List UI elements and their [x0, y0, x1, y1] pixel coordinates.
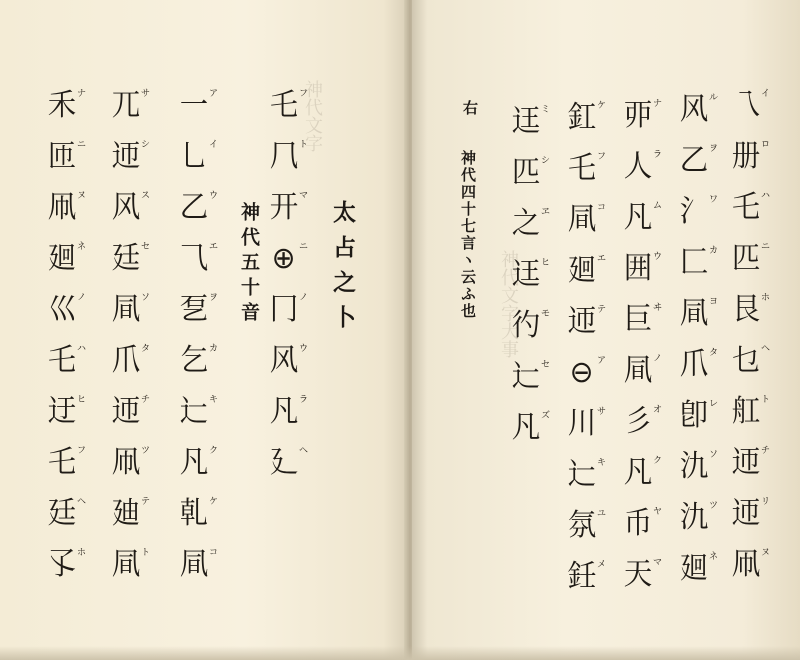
kana-reading: ヌ — [761, 545, 770, 558]
kana-reading: カ — [209, 341, 218, 354]
jindai-glyph: 币 — [624, 509, 653, 539]
jindai-glyph: 凬 — [180, 550, 209, 580]
glyph-cell: 乚イ — [172, 131, 216, 182]
kana-reading: セ — [541, 357, 550, 370]
glyph-cell: 乞カ — [172, 335, 216, 386]
jindai-glyph: 之 — [512, 209, 541, 239]
page-title: 太占之卜 — [326, 200, 359, 340]
jindai-glyph: 人 — [624, 152, 653, 182]
glyph-column-2: 风ル乙ヲ氵ワ匚カ凬ヨ爪タ卽レ氿ソ氿ツ廻ネ — [672, 84, 716, 594]
right-page: 神代文字大事 乁イ册ロ乇ハ匹ニ艮ホ乜ヘ舡ト迊チ迊リ凧ヌ 风ル乙ヲ氵ワ匚カ凬ヨ爪タ… — [412, 0, 800, 660]
page-bottom-edge — [0, 646, 800, 660]
glyph-cell: 𠘨ト — [262, 131, 306, 182]
glyph-cell: 乇ハ — [724, 182, 768, 233]
kana-reading: テ — [597, 302, 606, 315]
kana-reading: ツ — [709, 498, 718, 511]
jindai-glyph: 卽 — [680, 401, 709, 431]
kana-reading: ラ — [653, 147, 662, 160]
glyph-cell: 凧ヌ — [724, 539, 768, 590]
kana-reading: ヘ — [299, 443, 308, 456]
kana-reading: ク — [209, 443, 218, 456]
jindai-glyph: ⊕ — [272, 244, 296, 274]
glyph-cell: 凡ラ — [262, 386, 306, 437]
glyph-cell: 辷セ — [504, 351, 548, 402]
book-spread: 神代文字 太占之卜 神代五十音 乇フ𠘨ト开マ⊕ニ冂ノ风ウ凡ラ廴ヘ 一ア乚イ乙ウ⺄… — [0, 0, 800, 660]
glyph-cell: 氛ユ — [560, 500, 604, 551]
kana-reading: ナ — [653, 96, 662, 109]
kana-reading: マ — [299, 188, 308, 201]
jindai-glyph: 乞 — [180, 346, 209, 376]
kana-reading: リ — [761, 494, 770, 507]
kana-reading: ツ — [141, 443, 150, 456]
jindai-glyph: 迊 — [568, 307, 597, 337]
kana-reading: シ — [141, 137, 150, 150]
glyph-cell: 凡ム — [616, 192, 660, 243]
glyph-cell: 丣ナ — [616, 90, 660, 141]
kana-reading: ネ — [709, 549, 718, 562]
jindai-glyph: 爪 — [112, 346, 141, 376]
glyph-cell: 廷ヘ — [40, 488, 84, 539]
glyph-cell: 风ル — [672, 84, 716, 135]
glyph-cell: 人ラ — [616, 141, 660, 192]
jindai-glyph: 兀 — [112, 91, 141, 121]
jindai-glyph: 辷 — [568, 460, 597, 490]
kana-reading: カ — [709, 243, 718, 256]
kana-reading: エ — [597, 251, 606, 264]
jindai-glyph: 凧 — [112, 448, 141, 478]
note-text: 神代四十七言ヽ云ふ也 — [458, 150, 479, 320]
glyph-cell: 凬ヨ — [672, 288, 716, 339]
jindai-glyph: 乇 — [568, 154, 597, 184]
glyph-cell: 爪タ — [672, 339, 716, 390]
glyph-cell: ⊕ニ — [262, 233, 306, 284]
kana-reading: ア — [597, 353, 606, 366]
kana-reading: サ — [141, 86, 150, 99]
jindai-glyph: 辷 — [180, 397, 209, 427]
jindai-glyph: 乇 — [270, 91, 299, 121]
jindai-glyph: 迊 — [112, 142, 141, 172]
glyph-cell: 迂ヒ — [40, 386, 84, 437]
glyph-cell: 氿ソ — [672, 441, 716, 492]
jindai-glyph: 孓 — [48, 550, 77, 580]
kana-reading: ル — [709, 90, 718, 103]
glyph-column-5: 迋ミ匹シ之ヱ迋ヒ彴モ辷セ凡ズ — [504, 96, 548, 453]
glyph-cell: 巨ヰ — [616, 294, 660, 345]
glyph-cell: 凧ツ — [104, 437, 148, 488]
jindai-glyph: 天 — [624, 560, 653, 590]
jindai-glyph: 彡 — [624, 407, 653, 437]
jindai-glyph: 迊 — [732, 499, 761, 529]
kana-reading: イ — [761, 86, 770, 99]
kana-reading: サ — [597, 404, 606, 417]
glyph-column-2: 一ア乚イ乙ウ⺄エ乭ヲ乞カ辷キ凡ク乹ケ凬コ — [172, 80, 216, 590]
glyph-cell: 一ア — [172, 80, 216, 131]
glyph-cell: 廻ネ — [40, 233, 84, 284]
glyph-cell: 凬コ — [560, 194, 604, 245]
glyph-column-4: 釭ケ乇フ凬コ廻エ迊テ⊖ア川サ辷キ氛ユ鈓メ — [560, 92, 604, 602]
jindai-glyph: 川 — [568, 409, 597, 439]
glyph-cell: 廷セ — [104, 233, 148, 284]
kana-reading: ヱ — [541, 204, 550, 217]
glyph-cell: 舡ト — [724, 386, 768, 437]
kana-reading: ウ — [653, 249, 662, 262]
kana-reading: ハ — [761, 188, 770, 201]
jindai-glyph: 乁 — [732, 91, 761, 121]
glyph-cell: 乜ヘ — [724, 335, 768, 386]
glyph-cell: 艮ホ — [724, 284, 768, 335]
jindai-glyph: 乭 — [180, 295, 209, 325]
jindai-glyph: 乇 — [48, 346, 77, 376]
glyph-cell: 迊チ — [724, 437, 768, 488]
kana-reading: ノ — [77, 290, 86, 303]
jindai-glyph: 爪 — [680, 350, 709, 380]
jindai-glyph: 一 — [180, 91, 209, 121]
jindai-glyph: 巛 — [48, 295, 77, 325]
jindai-glyph: ⺄ — [180, 244, 209, 274]
glyph-cell: 风ス — [104, 182, 148, 233]
jindai-glyph: 匹 — [732, 244, 761, 274]
jindai-glyph: 凡 — [180, 448, 209, 478]
glyph-cell: 孓ホ — [40, 539, 84, 590]
jindai-glyph: 凡 — [512, 413, 541, 443]
left-page: 神代文字 太占之卜 神代五十音 乇フ𠘨ト开マ⊕ニ冂ノ风ウ凡ラ廴ヘ 一ア乚イ乙ウ⺄… — [0, 0, 408, 660]
jindai-glyph: 乙 — [680, 146, 709, 176]
glyph-cell: 匹シ — [504, 147, 548, 198]
glyph-cell: 乇フ — [40, 437, 84, 488]
kana-reading: タ — [709, 345, 718, 358]
jindai-glyph: 氵 — [680, 197, 709, 227]
kana-reading: ヲ — [209, 290, 218, 303]
glyph-cell: 币ヤ — [616, 498, 660, 549]
jindai-glyph: 凬 — [112, 550, 141, 580]
kana-reading: コ — [597, 200, 606, 213]
jindai-glyph: 釭 — [568, 103, 597, 133]
jindai-glyph: 鈓 — [568, 562, 597, 592]
glyph-cell: 凡ク — [616, 447, 660, 498]
glyph-cell: 凬ノ — [616, 345, 660, 396]
jindai-glyph: 氿 — [680, 452, 709, 482]
glyph-column-4: 禾ナ匝ニ凧ヌ廻ネ巛ノ乇ハ迂ヒ乇フ廷ヘ孓ホ — [40, 80, 84, 590]
kana-reading: ホ — [761, 290, 770, 303]
glyph-cell: 凡ク — [172, 437, 216, 488]
glyph-cell: ⊖ア — [560, 347, 604, 398]
jindai-glyph: 禾 — [48, 91, 77, 121]
jindai-glyph: 匚 — [680, 248, 709, 278]
kana-reading: コ — [209, 545, 218, 558]
glyph-cell: 凡ズ — [504, 402, 548, 453]
kana-reading: ヰ — [653, 300, 662, 313]
jindai-glyph: 迋 — [512, 260, 541, 290]
jindai-glyph: 凬 — [112, 295, 141, 325]
glyph-cell: 川サ — [560, 398, 604, 449]
jindai-glyph: 凬 — [680, 299, 709, 329]
kana-reading: レ — [709, 396, 718, 409]
jindai-glyph: 丣 — [624, 101, 653, 131]
glyph-cell: 凬ト — [104, 539, 148, 590]
glyph-cell: 氵ワ — [672, 186, 716, 237]
kana-reading: ソ — [709, 447, 718, 460]
jindai-glyph: 风 — [112, 193, 141, 223]
jindai-glyph: 舡 — [732, 397, 761, 427]
jindai-glyph: 迂 — [48, 397, 77, 427]
kana-reading: ニ — [77, 137, 86, 150]
glyph-cell: 迊リ — [724, 488, 768, 539]
glyph-cell: 辷キ — [172, 386, 216, 437]
jindai-glyph: 氿 — [680, 503, 709, 533]
jindai-glyph: 迋 — [512, 107, 541, 137]
kana-reading: ナ — [77, 86, 86, 99]
glyph-cell: 釭ケ — [560, 92, 604, 143]
kana-reading: モ — [541, 306, 550, 319]
glyph-column-1: 乇フ𠘨ト开マ⊕ニ冂ノ风ウ凡ラ廴ヘ — [262, 80, 306, 488]
jindai-glyph: ⊖ — [570, 358, 594, 388]
kana-reading: チ — [761, 443, 770, 456]
glyph-cell: 彡オ — [616, 396, 660, 447]
kana-reading: ミ — [541, 102, 550, 115]
jindai-glyph: 凬 — [568, 205, 597, 235]
glyph-cell: 册ロ — [724, 131, 768, 182]
jindai-glyph: 迊 — [732, 448, 761, 478]
kana-reading: ヒ — [77, 392, 86, 405]
glyph-cell: 天マ — [616, 549, 660, 600]
glyph-cell: 风ウ — [262, 335, 306, 386]
kana-reading: ウ — [209, 188, 218, 201]
jindai-glyph: 彴 — [512, 311, 541, 341]
glyph-cell: 冂ノ — [262, 284, 306, 335]
jindai-glyph: 乜 — [732, 346, 761, 376]
jindai-glyph: 廻 — [48, 244, 77, 274]
kana-reading: フ — [77, 443, 86, 456]
jindai-glyph: 廻 — [568, 256, 597, 286]
kana-reading: ホ — [77, 545, 86, 558]
kana-reading: イ — [209, 137, 218, 150]
glyph-cell: 爪タ — [104, 335, 148, 386]
glyph-cell: 乙ヲ — [672, 135, 716, 186]
kana-reading: ネ — [77, 239, 86, 252]
jindai-glyph: 风 — [270, 346, 299, 376]
jindai-glyph: 迊 — [112, 397, 141, 427]
kana-reading: メ — [597, 557, 606, 570]
glyph-cell: 迊テ — [560, 296, 604, 347]
kana-reading: ヨ — [709, 294, 718, 307]
glyph-cell: 廻エ — [560, 245, 604, 296]
kana-reading: ロ — [761, 137, 770, 150]
kana-reading: ト — [299, 137, 308, 150]
glyph-cell: 鈓メ — [560, 551, 604, 602]
glyph-cell: 匹ニ — [724, 233, 768, 284]
kana-reading: エ — [209, 239, 218, 252]
glyph-cell: 乁イ — [724, 80, 768, 131]
jindai-glyph: 凡 — [624, 203, 653, 233]
jindai-glyph: 囲 — [624, 254, 653, 284]
glyph-cell: 廴ヘ — [262, 437, 306, 488]
page-subtitle: 神代五十音 — [236, 202, 263, 327]
glyph-column-3: 兀サ迊シ风ス廷セ凬ソ爪タ迊チ凧ツ廸テ凬ト — [104, 80, 148, 590]
kana-reading: ワ — [709, 192, 718, 205]
jindai-glyph: 辷 — [512, 362, 541, 392]
kana-reading: ム — [653, 198, 662, 211]
glyph-cell: 乭ヲ — [172, 284, 216, 335]
jindai-glyph: 乇 — [48, 448, 77, 478]
kana-reading: ニ — [761, 239, 770, 252]
kana-reading: ト — [141, 545, 150, 558]
kana-reading: ユ — [597, 506, 606, 519]
glyph-cell: 凧ヌ — [40, 182, 84, 233]
glyph-cell: 迋ミ — [504, 96, 548, 147]
jindai-glyph: 巨 — [624, 305, 653, 335]
jindai-glyph: 风 — [680, 95, 709, 125]
kana-reading: フ — [597, 149, 606, 162]
glyph-cell: 辷キ — [560, 449, 604, 500]
kana-reading: ヲ — [709, 141, 718, 154]
kana-reading: マ — [653, 555, 662, 568]
kana-reading: ク — [653, 453, 662, 466]
kana-reading: ヤ — [653, 504, 662, 517]
kana-reading: ラ — [299, 392, 308, 405]
kana-reading: ス — [141, 188, 150, 201]
kana-reading: タ — [141, 341, 150, 354]
glyph-cell: 凬ソ — [104, 284, 148, 335]
glyph-cell: 囲ウ — [616, 243, 660, 294]
glyph-column-3: 丣ナ人ラ凡ム囲ウ巨ヰ凬ノ彡オ凡ク币ヤ天マ — [616, 90, 660, 600]
glyph-cell: 匚カ — [672, 237, 716, 288]
kana-reading: オ — [653, 402, 662, 415]
jindai-glyph: 𠘨 — [270, 142, 299, 172]
kana-reading: ウ — [299, 341, 308, 354]
jindai-glyph: 冂 — [270, 295, 299, 325]
jindai-glyph: 廸 — [112, 499, 141, 529]
glyph-cell: 乙ウ — [172, 182, 216, 233]
note-heading: 右 — [460, 100, 481, 119]
kana-reading: ヘ — [761, 341, 770, 354]
glyph-cell: 迊シ — [104, 131, 148, 182]
glyph-cell: 匝ニ — [40, 131, 84, 182]
glyph-cell: 廸テ — [104, 488, 148, 539]
jindai-glyph: 廷 — [48, 499, 77, 529]
kana-reading: セ — [141, 239, 150, 252]
jindai-glyph: 凬 — [624, 356, 653, 386]
jindai-glyph: 氛 — [568, 511, 597, 541]
kana-reading: ヒ — [541, 255, 550, 268]
kana-reading: ノ — [299, 290, 308, 303]
jindai-glyph: 匝 — [48, 142, 77, 172]
glyph-cell: 迋ヒ — [504, 249, 548, 300]
glyph-cell: 氿ツ — [672, 492, 716, 543]
jindai-glyph: 凡 — [270, 397, 299, 427]
kana-reading: キ — [597, 455, 606, 468]
glyph-cell: 廻ネ — [672, 543, 716, 594]
glyph-cell: 乇フ — [262, 80, 306, 131]
jindai-glyph: 乇 — [732, 193, 761, 223]
kana-reading: チ — [141, 392, 150, 405]
jindai-glyph: 廴 — [270, 448, 299, 478]
kana-reading: フ — [299, 86, 308, 99]
jindai-glyph: 匹 — [512, 158, 541, 188]
glyph-cell: 凬コ — [172, 539, 216, 590]
jindai-glyph: 艮 — [732, 295, 761, 325]
kana-reading: ヌ — [77, 188, 86, 201]
jindai-glyph: 凧 — [48, 193, 77, 223]
glyph-cell: 卽レ — [672, 390, 716, 441]
kana-reading: ヘ — [77, 494, 86, 507]
jindai-glyph: 册 — [732, 142, 761, 172]
kana-reading: ア — [209, 86, 218, 99]
kana-reading: ソ — [141, 290, 150, 303]
glyph-cell: ⺄エ — [172, 233, 216, 284]
kana-reading: キ — [209, 392, 218, 405]
glyph-cell: 开マ — [262, 182, 306, 233]
kana-reading: ハ — [77, 341, 86, 354]
kana-reading: ケ — [209, 494, 218, 507]
kana-reading: ズ — [541, 408, 550, 421]
glyph-cell: 之ヱ — [504, 198, 548, 249]
glyph-column-1: 乁イ册ロ乇ハ匹ニ艮ホ乜ヘ舡ト迊チ迊リ凧ヌ — [724, 80, 768, 590]
glyph-cell: 巛ノ — [40, 284, 84, 335]
jindai-glyph: 凧 — [732, 550, 761, 580]
jindai-glyph: 乹 — [180, 499, 209, 529]
jindai-glyph: 廻 — [680, 554, 709, 584]
kana-reading: ト — [761, 392, 770, 405]
jindai-glyph: 乚 — [180, 142, 209, 172]
glyph-cell: 乇ハ — [40, 335, 84, 386]
kana-reading: シ — [541, 153, 550, 166]
glyph-cell: 迊チ — [104, 386, 148, 437]
jindai-glyph: 乙 — [180, 193, 209, 223]
kana-reading: テ — [141, 494, 150, 507]
glyph-cell: 乇フ — [560, 143, 604, 194]
jindai-glyph: 廷 — [112, 244, 141, 274]
glyph-cell: 乹ケ — [172, 488, 216, 539]
glyph-cell: 彴モ — [504, 300, 548, 351]
glyph-cell: 禾ナ — [40, 80, 84, 131]
kana-reading: ノ — [653, 351, 662, 364]
jindai-glyph: 开 — [270, 193, 299, 223]
glyph-cell: 兀サ — [104, 80, 148, 131]
kana-reading: ニ — [299, 239, 308, 252]
kana-reading: ケ — [597, 98, 606, 111]
jindai-glyph: 凡 — [624, 458, 653, 488]
